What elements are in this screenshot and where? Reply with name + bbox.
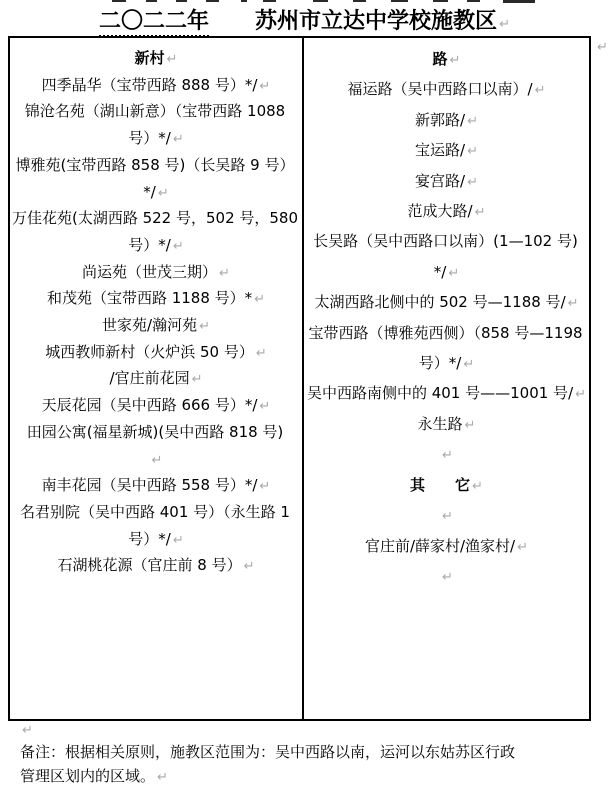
note-line: 管理区划内的区域。 <box>20 767 155 785</box>
table-line: 新郭路/↵ <box>304 106 589 136</box>
cropped-glyph <box>176 0 187 2</box>
table-line: 南丰花园（吴中西路 558 号）*/↵ <box>10 473 302 500</box>
note: 备注：根据相关原则，施教区范围为：吴中西路以南，运河以东姑苏区行政管理区划内的区… <box>20 741 598 789</box>
paragraph-mark: ↵ <box>259 79 270 94</box>
paragraph-mark: ↵ <box>597 40 608 55</box>
table-line: 号）*/↵ <box>304 349 589 379</box>
table-line: 城西教师新村（火炉浜 50 号）↵ <box>10 340 302 367</box>
table-line: 号）*/↵ <box>10 126 302 153</box>
table-line: 太湖西路北侧中的 502 号—1188 号/↵ <box>304 288 589 318</box>
table-line: 吴中西路南侧中的 401 号——1001 号/↵ <box>304 379 589 409</box>
paragraph-mark: ↵ <box>259 479 270 494</box>
paragraph-mark: ↵ <box>259 399 270 414</box>
table-line: 福运路（吴中西路口以南）/↵ <box>304 75 589 105</box>
table-line: 万佳花苑(太湖西路 522 号，502 号，580 <box>10 206 302 233</box>
paragraph-mark: ↵ <box>152 453 163 468</box>
paragraph-mark: ↵ <box>467 114 478 129</box>
table-line: 锦沧名苑（湖山新意）（宝带西路 1088 <box>10 99 302 126</box>
table-line: 号）*/↵ <box>10 527 302 554</box>
table-line: 宝带西路（博雅苑西侧）（858 号—1198 <box>304 319 589 349</box>
table-line: ↵ <box>10 447 302 474</box>
cropped-glyph <box>391 0 408 2</box>
paragraph-mark: ↵ <box>22 723 33 738</box>
paragraph-mark: ↵ <box>173 533 184 548</box>
paragraph-mark: ↵ <box>442 570 453 585</box>
table-line: ↵ <box>304 562 589 592</box>
table-line: ↵ <box>304 440 589 470</box>
cropped-glyph <box>433 0 448 2</box>
table-line: 宴宫路/↵ <box>304 167 589 197</box>
table-line: 世家苑/瀚河苑↵ <box>10 313 302 340</box>
table-cell-roads: 路↵福运路（吴中西路口以南）/↵新郭路/↵宝运路/↵宴宫路/↵范成大路/↵长吴路… <box>302 38 589 719</box>
paragraph-mark: ↵ <box>475 205 486 220</box>
paragraph-mark: ↵ <box>450 53 461 68</box>
paragraph-mark: ↵ <box>467 175 478 190</box>
paragraph-mark: ↵ <box>463 357 474 372</box>
table-line: 新村↵ <box>10 46 302 73</box>
table-line: 路↵ <box>304 45 589 75</box>
table-line: /官庄前花园↵ <box>10 366 302 393</box>
table-cell-xincun: 新村↵四季晶华（宝带西路 888 号）*/↵锦沧名苑（湖山新意）（宝带西路 10… <box>10 38 302 719</box>
table-line: */↵ <box>304 258 589 288</box>
paragraph-mark: ↵ <box>448 266 459 281</box>
table-line: 和茂苑（宝带西路 1188 号）*↵ <box>10 286 302 313</box>
cropped-glyph <box>146 0 157 2</box>
table-line: 永生路↵ <box>304 410 589 440</box>
paragraph-mark: ↵ <box>158 186 169 201</box>
paragraph-mark: ↵ <box>499 17 510 32</box>
cropped-glyph <box>112 0 126 2</box>
paragraph-mark: ↵ <box>254 292 265 307</box>
paragraph-mark: ↵ <box>219 266 230 281</box>
cropped-glyph <box>206 0 219 2</box>
title-school: 苏州市立达中学校施教区 <box>255 9 497 34</box>
paragraph-mark: ↵ <box>173 239 184 254</box>
paragraph-mark: ↵ <box>442 509 453 524</box>
title-year: 二〇二二年 <box>99 9 209 37</box>
paragraph-mark: ↵ <box>575 387 586 402</box>
table-line: 博雅苑(宝带西路 858 号)（长吴路 9 号） <box>10 153 302 180</box>
table-line: 官庄前/薛家村/渔家村/↵ <box>304 532 589 562</box>
cropped-glyph <box>503 0 535 3</box>
table-line: 长吴路（吴中西路口以南）(1—102 号) <box>304 227 589 257</box>
cropped-glyph <box>263 0 276 2</box>
paragraph-mark: ↵ <box>167 52 178 67</box>
paragraph-mark: ↵ <box>256 346 267 361</box>
table-line: 宝运路/↵ <box>304 136 589 166</box>
cropped-glyph <box>353 0 366 2</box>
district-table: 新村↵四季晶华（宝带西路 888 号）*/↵锦沧名苑（湖山新意）（宝带西路 10… <box>8 36 591 721</box>
table-line: 号）*/↵ <box>10 233 302 260</box>
paragraph-mark: ↵ <box>568 296 579 311</box>
cropped-glyph <box>241 0 247 2</box>
paragraph-mark: ↵ <box>467 144 478 159</box>
paragraph-mark: ↵ <box>465 418 476 433</box>
table-line: 尚运苑（世茂三期）↵ <box>10 260 302 287</box>
table-line: 其 它↵ <box>304 471 589 501</box>
cropped-glyph <box>313 0 328 2</box>
note-line: 备注：根据相关原则，施教区范围为：吴中西路以南，运河以东姑苏区行政 <box>20 741 598 765</box>
table-line: 四季晶华（宝带西路 888 号）*/↵ <box>10 73 302 100</box>
table-line: 石湖桃花源（官庄前 8 号）↵ <box>10 553 302 580</box>
paragraph-mark: ↵ <box>173 132 184 147</box>
paragraph-mark: ↵ <box>535 83 546 98</box>
document-page: 二〇二二年苏州市立达中学校施教区↵ ↵ 新村↵四季晶华（宝带西路 888 号）*… <box>0 0 609 794</box>
table-line: 田园公寓(福星新城)(吴中西路 818 号) <box>10 420 302 447</box>
paragraph-mark: ↵ <box>244 559 255 574</box>
table-line: */↵ <box>10 180 302 207</box>
paragraph-mark: ↵ <box>517 540 528 555</box>
table-line: 范成大路/↵ <box>304 197 589 227</box>
paragraph-mark: ↵ <box>472 479 483 494</box>
paragraph-mark: ↵ <box>192 372 203 387</box>
cropped-glyph <box>467 0 480 2</box>
table-line: ↵ <box>304 501 589 531</box>
table-line: 天辰花园（吴中西路 666 号）*/↵ <box>10 393 302 420</box>
paragraph-mark: ↵ <box>199 319 210 334</box>
table-line: 名君别院（吴中西路 401 号）（永生路 1 <box>10 500 302 527</box>
paragraph-mark: ↵ <box>442 448 453 463</box>
paragraph-mark: ↵ <box>157 770 168 785</box>
